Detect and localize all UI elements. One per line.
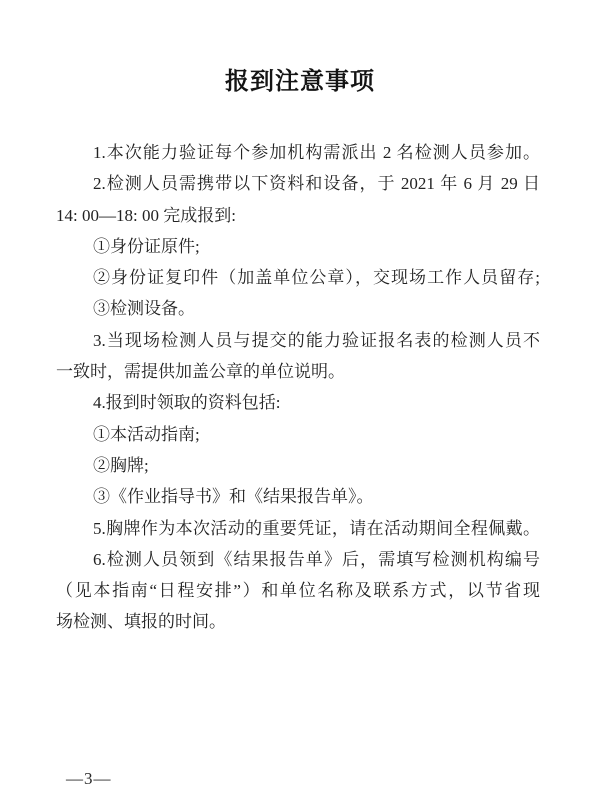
text-line: ①本活动指南;: [56, 419, 540, 450]
text-line: （见本指南“日程安排”）和单位名称及联系方式，以节省现: [56, 575, 540, 606]
text-line: 4.报到时领取的资料包括:: [56, 387, 540, 418]
document-page: 报到注意事项 1.本次能力验证每个参加机构需派出 2 名检测人员参加。 2.检测…: [0, 0, 600, 800]
text-line: 3.当现场检测人员与提交的能力验证报名表的检测人员不: [56, 325, 540, 356]
text-line: ②身份证复印件（加盖单位公章），交现场工作人员留存;: [56, 262, 540, 293]
text-line: 1.本次能力验证每个参加机构需派出 2 名检测人员参加。: [56, 137, 540, 168]
text-line: ③检测设备。: [56, 293, 540, 324]
text-line: 场检测、填报的时间。: [56, 606, 540, 637]
text-line: ③《作业指导书》和《结果报告单》。: [56, 481, 540, 512]
page-number: —3—: [66, 769, 112, 789]
text-line: ①身份证原件;: [56, 231, 540, 262]
page-title: 报到注意事项: [0, 69, 600, 95]
text-line: 6.检测人员领到《结果报告单》后，需填写检测机构编号: [56, 544, 540, 575]
text-line: 5.胸牌作为本次活动的重要凭证，请在活动期间全程佩戴。: [56, 513, 540, 544]
text-line: ②胸牌;: [56, 450, 540, 481]
text-line: 2.检测人员需携带以下资料和设备，于 2021 年 6 月 29 日: [56, 168, 540, 199]
text-line: 14: 00—18: 00 完成报到:: [56, 200, 540, 231]
document-body: 1.本次能力验证每个参加机构需派出 2 名检测人员参加。 2.检测人员需携带以下…: [56, 137, 540, 638]
text-line: 一致时，需提供加盖公章的单位说明。: [56, 356, 540, 387]
